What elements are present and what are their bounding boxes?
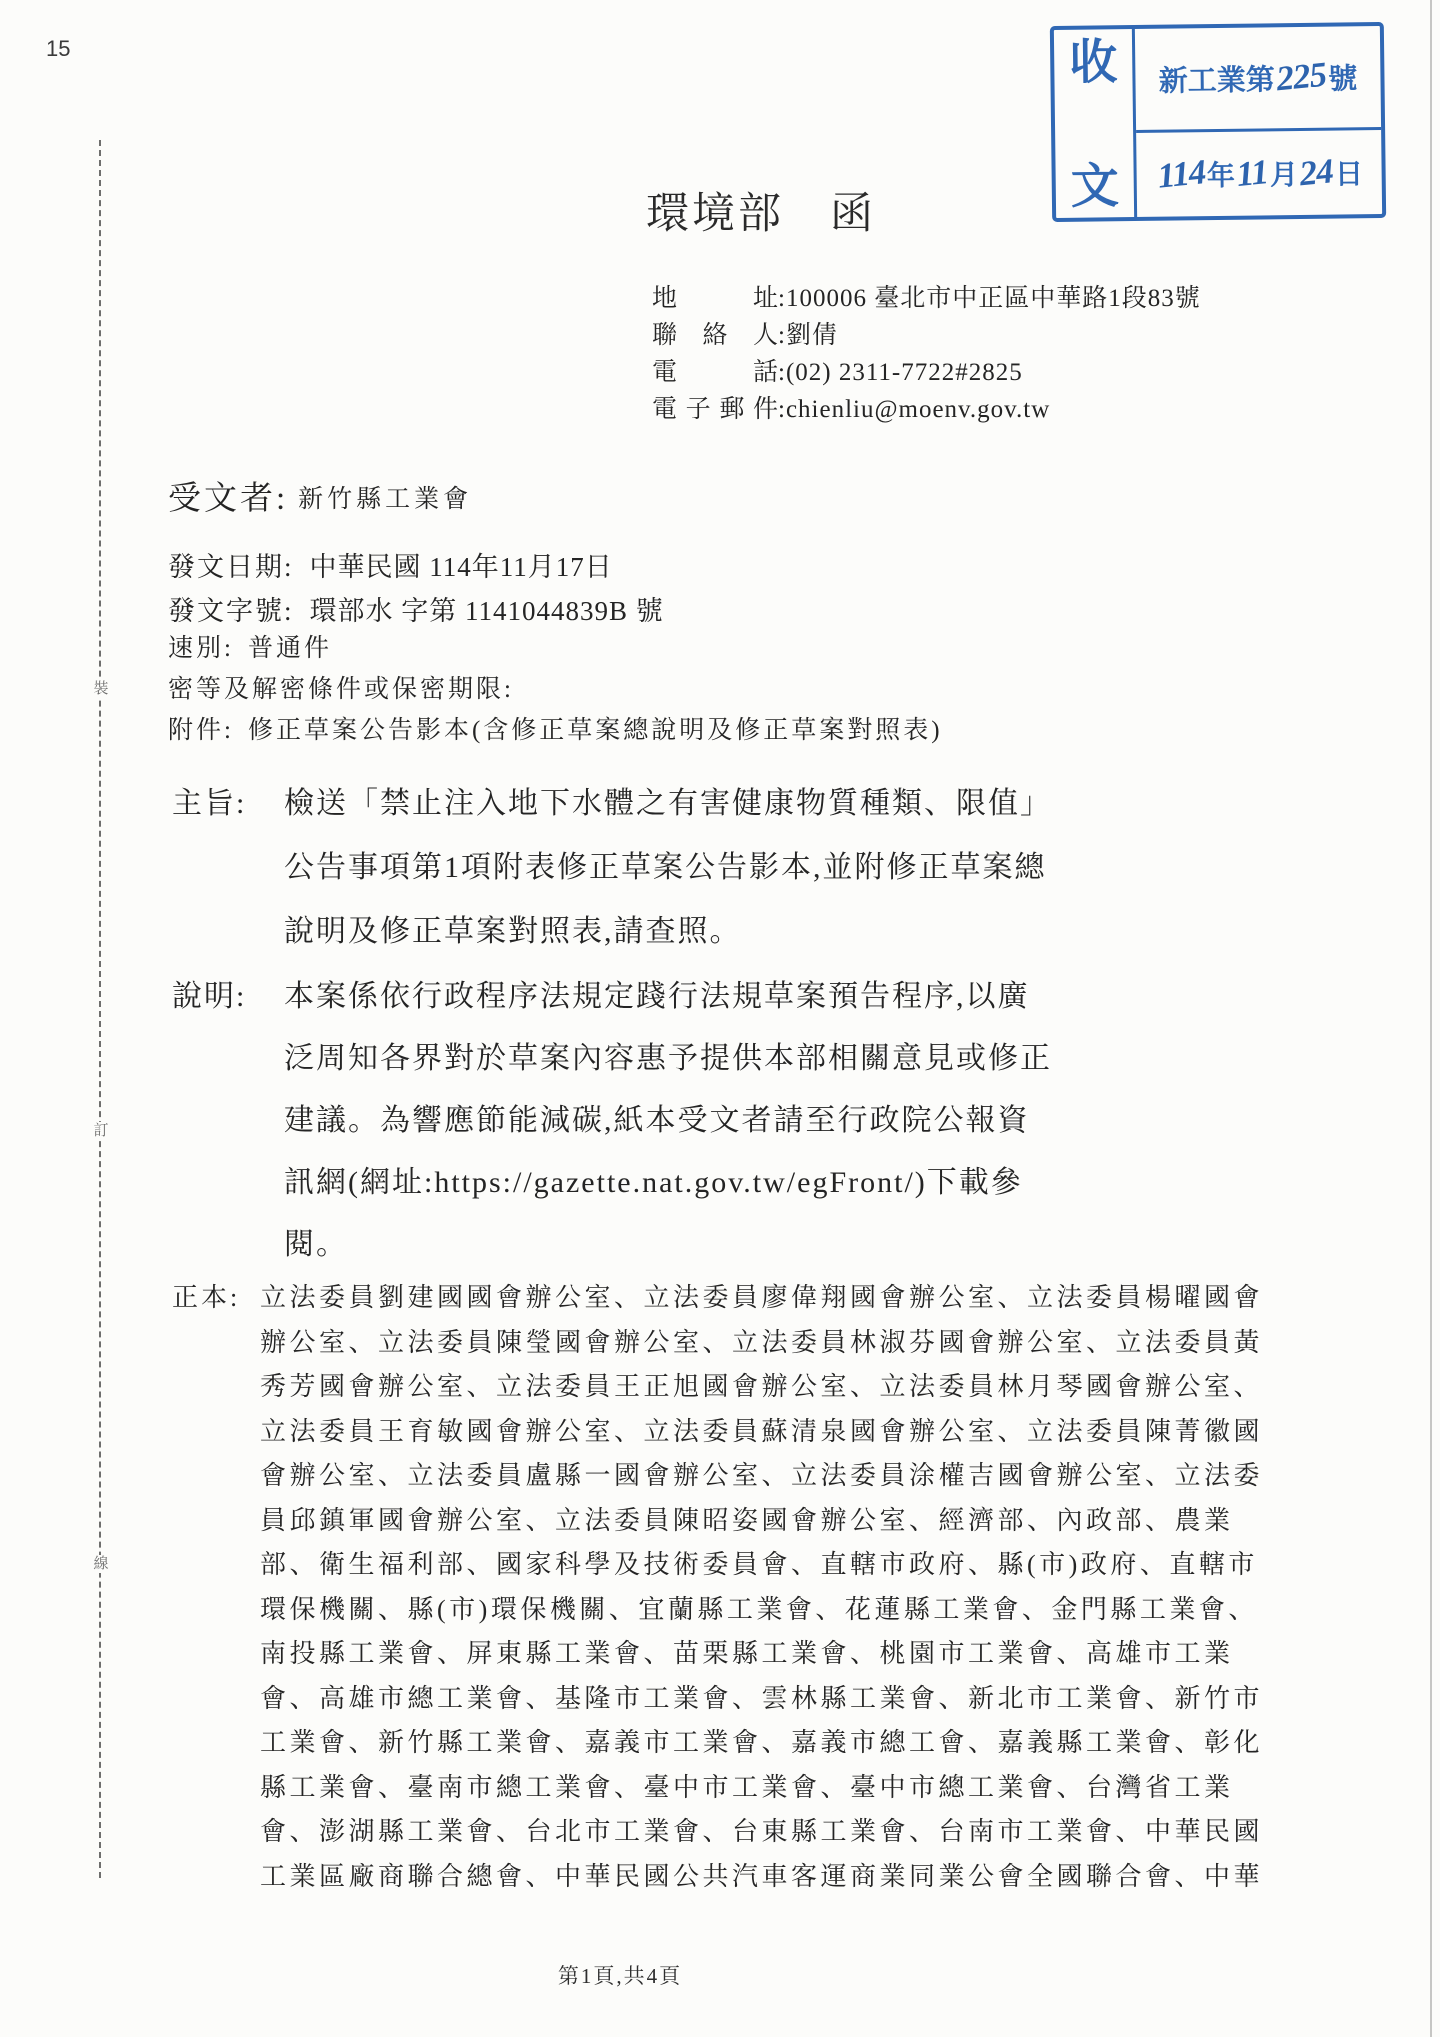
subject-body: 檢送「禁止注入地下水體之有害健康物質種類、限值」 公告事項第1項附表修正草案公告… xyxy=(284,772,1264,964)
attachment-label: 附件: xyxy=(168,717,234,744)
info-block: 速別:普通件 密等及解密條件或保密期限: 附件:修正草案公告影本(含修正草案總說… xyxy=(168,628,943,751)
contact-phone-value: :(02) 2311-7722#2825 xyxy=(778,354,1023,391)
doc-number-value: 環部水 字第 1141044839B 號 xyxy=(310,596,664,626)
contact-phone-label: 電 話 xyxy=(652,354,778,391)
stamp-doc-number-value: 225 xyxy=(1273,55,1330,100)
stamp-received-char-bottom: 文 xyxy=(1070,163,1119,212)
stamp-doc-number-suffix: 號 xyxy=(1328,56,1358,97)
stamp-received-char-top: 收 xyxy=(1069,39,1118,88)
stamp-date-month: 11 xyxy=(1233,152,1272,195)
contact-person-value: :劉倩 xyxy=(778,317,838,354)
recipient-value: 新竹縣工業會 xyxy=(298,486,472,513)
binding-mark-zhuang: 裝 xyxy=(91,680,111,698)
stamp-received-label: 收 文 xyxy=(1054,29,1137,218)
stamp-date-day-unit: 日 xyxy=(1335,152,1364,192)
stamp-fields: 新工業第 225 號 114 年 11 月 24 日 xyxy=(1135,26,1382,217)
recipient-label: 受文者: xyxy=(168,481,288,517)
page-corner-number: 15 xyxy=(46,36,70,62)
info-row-security: 密等及解密條件或保密期限: xyxy=(168,669,943,710)
contact-row-email: 電子郵件:chienliu@moenv.gov.tw xyxy=(652,391,1201,428)
stamp-doc-number-prefix: 新工業第 xyxy=(1158,57,1275,99)
doc-number-label: 發文字號: xyxy=(168,596,294,626)
contact-person-label: 聯 絡 人 xyxy=(652,317,778,354)
contact-email-label: 電子郵件 xyxy=(652,391,778,428)
stamp-doc-number: 新工業第 225 號 xyxy=(1135,26,1381,133)
stamp-date-day: 24 xyxy=(1296,151,1337,194)
stamp-date-year-unit: 年 xyxy=(1207,154,1236,194)
subject-section: 主旨: 檢送「禁止注入地下水體之有害健康物質種類、限值」 公告事項第1項附表修正… xyxy=(172,772,1264,964)
attachment-value: 修正草案公告影本(含修正草案總說明及修正草案對照表) xyxy=(248,717,943,744)
binding-line: 裝 訂 線 xyxy=(99,140,101,1878)
contact-block: 地 址:100006 臺北市中正區中華路1段83號 聯 絡 人:劉倩 電 話:(… xyxy=(652,280,1201,428)
speed-value: 普通件 xyxy=(248,635,332,662)
recipients-section: 正本: 立法委員劉建國國會辦公室、立法委員廖偉翔國會辦公室、立法委員楊曜國會 辦… xyxy=(172,1276,1380,1899)
meta-block: 發文日期:中華民國 114年11月17日 發文字號:環部水 字第 1141044… xyxy=(168,545,664,633)
contact-email-value: :chienliu@moenv.gov.tw xyxy=(778,391,1050,428)
recipients-body: 立法委員劉建國國會辦公室、立法委員廖偉翔國會辦公室、立法委員楊曜國會 辦公室、立… xyxy=(260,1276,1380,1899)
description-section: 說明: 本案係依行政程序法規定踐行法規草案預告程序,以廣 泛周知各界對於草案內容… xyxy=(172,966,1264,1276)
binding-mark-ding: 訂 xyxy=(91,1122,111,1140)
security-label: 密等及解密條件或保密期限: xyxy=(168,676,514,703)
page-footer: 第1頁,共4頁 xyxy=(505,1960,735,1990)
contact-row-phone: 電 話:(02) 2311-7722#2825 xyxy=(652,354,1201,391)
scanned-official-letter-page: 15 裝 訂 線 收 文 新工業第 225 號 114 年 11 月 24 日 xyxy=(0,0,1440,2037)
received-stamp: 收 文 新工業第 225 號 114 年 11 月 24 日 xyxy=(1050,22,1386,222)
stamp-date: 114 年 11 月 24 日 xyxy=(1136,130,1382,217)
binding-mark-xian: 線 xyxy=(91,1555,111,1573)
issue-date-label: 發文日期: xyxy=(168,552,294,582)
letter-title: 環境部 函 xyxy=(646,180,876,241)
recipient-row: 受文者:新竹縣工業會 xyxy=(168,472,472,519)
description-body: 本案係依行政程序法規定踐行法規草案預告程序,以廣 泛周知各界對於草案內容惠予提供… xyxy=(284,966,1264,1276)
issue-date-value: 中華民國 114年11月17日 xyxy=(310,552,613,582)
contact-row-person: 聯 絡 人:劉倩 xyxy=(652,317,1201,354)
contact-address-value: :100006 臺北市中正區中華路1段83號 xyxy=(778,280,1201,317)
subject-label: 主旨: xyxy=(172,772,284,836)
description-label: 說明: xyxy=(172,966,284,1028)
contact-address-label: 地 址 xyxy=(652,280,778,317)
contact-row-address: 地 址:100006 臺北市中正區中華路1段83號 xyxy=(652,280,1201,317)
info-row-speed: 速別:普通件 xyxy=(168,628,943,669)
meta-row-issue-date: 發文日期:中華民國 114年11月17日 xyxy=(168,545,664,589)
info-row-attachment: 附件:修正草案公告影本(含修正草案總說明及修正草案對照表) xyxy=(168,710,943,751)
scan-edge-shadow xyxy=(1430,0,1432,2037)
meta-row-doc-number: 發文字號:環部水 字第 1141044839B 號 xyxy=(168,589,664,633)
speed-label: 速別: xyxy=(168,635,234,662)
recipients-label: 正本: xyxy=(172,1276,260,1321)
stamp-date-month-unit: 月 xyxy=(1270,153,1299,193)
stamp-date-year: 114 xyxy=(1153,152,1208,197)
